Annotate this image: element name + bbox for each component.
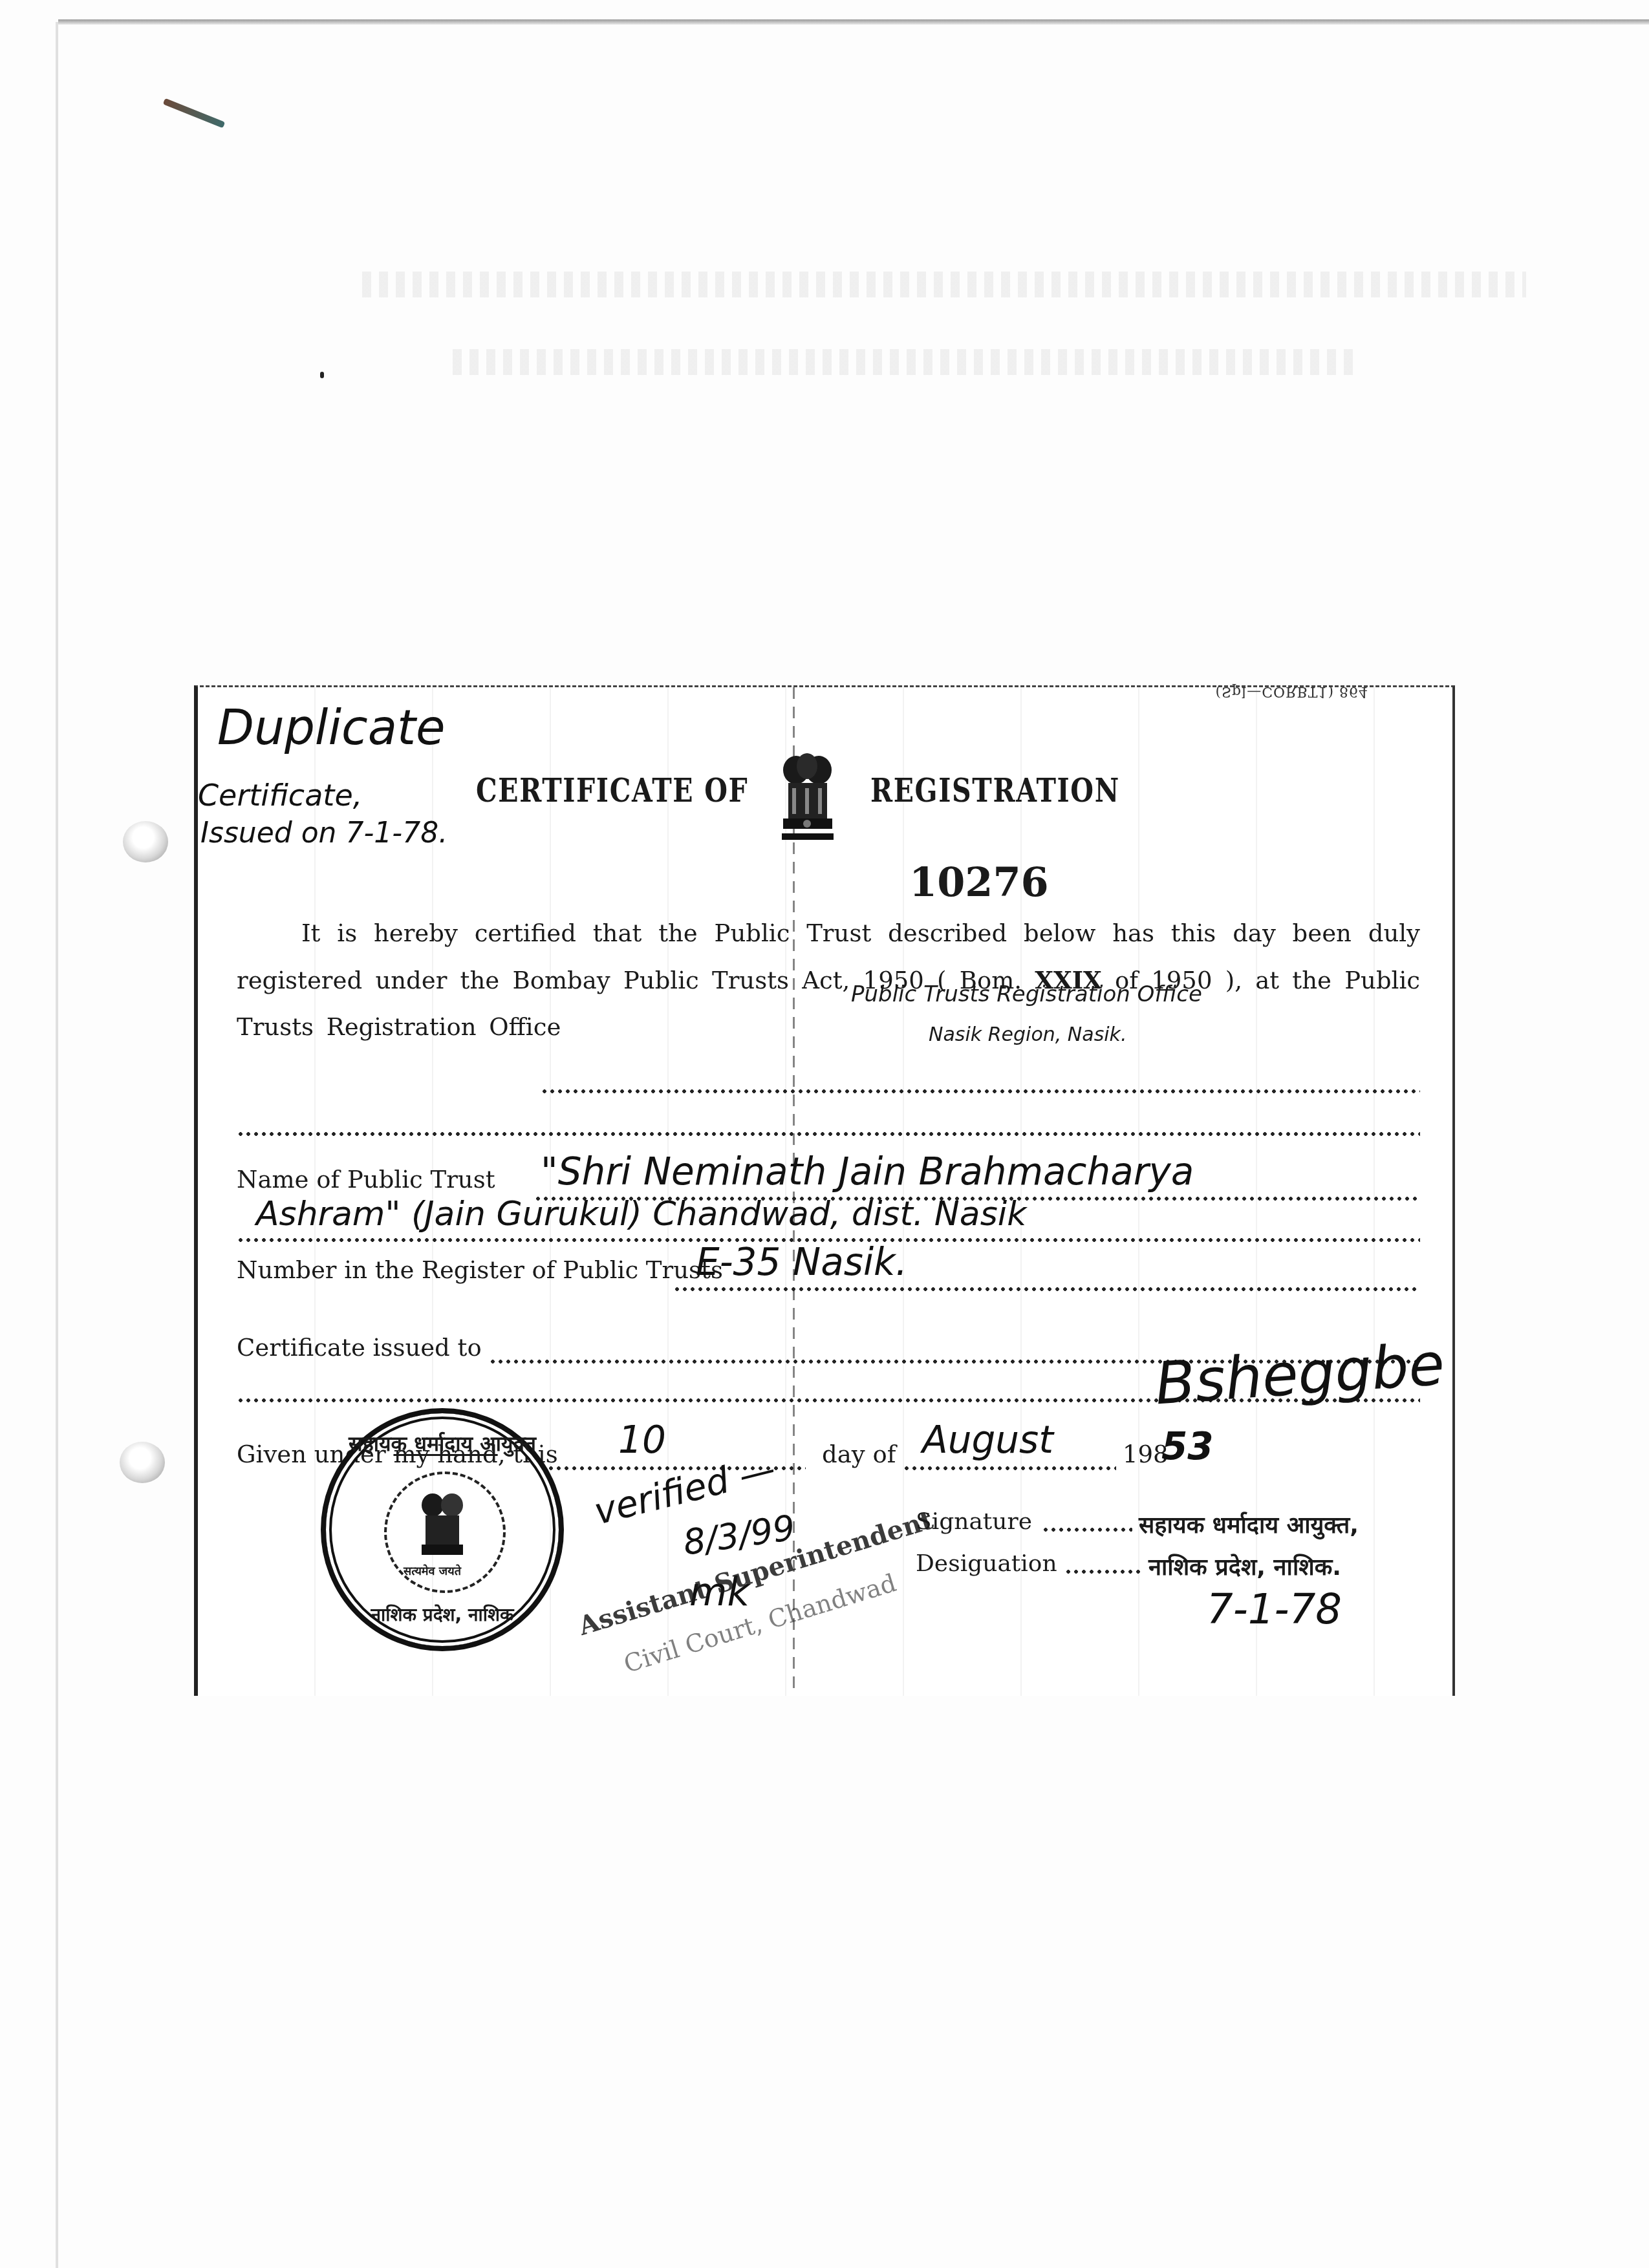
title-certificate-of: CERTIFICATE OF <box>476 771 748 809</box>
registration-certificate: (Spl—CORBT1) 864 Duplicate Certificate, … <box>194 685 1455 1696</box>
seal-motto: सत्यमेव जयते <box>404 1563 461 1579</box>
state-emblem-icon <box>777 752 838 849</box>
dotted-line <box>541 1089 1420 1093</box>
scan-speck <box>320 372 324 378</box>
bleed-through-text <box>453 349 1358 375</box>
dotted-line <box>673 1287 1420 1291</box>
day-of-label: day of <box>822 1440 896 1468</box>
year-handwritten: 53 <box>1161 1424 1214 1468</box>
handwritten-date: 7-1-78 <box>1207 1586 1342 1634</box>
month-value: August <box>922 1418 1053 1462</box>
register-number-label: Number in the Register of Public Trusts <box>237 1256 723 1284</box>
punch-hole-icon <box>123 821 168 862</box>
duplicate-annotation-line2: Certificate, <box>198 778 362 813</box>
issued-to-label: Certificate issued to <box>237 1334 482 1362</box>
trust-name-label: Name of Public Trust <box>237 1166 495 1193</box>
scan-page-edge-left <box>56 22 58 2268</box>
trust-name-value-line1: "Shri Neminath Jain Brahmacharya <box>541 1150 1194 1193</box>
official-seal: सहायक धर्मादाय आयुक्त सत्यमेव जयते नाशिक… <box>321 1408 564 1651</box>
office-stamp-line2: Nasik Region, Nasik. <box>929 1023 1127 1046</box>
trust-name-value-line2: Ashram" (Jain Gurukul) Chandwad, dist. N… <box>256 1195 1026 1234</box>
designation-stamp-line1: सहायक धर्मादाय आयुक्त, <box>1139 1508 1359 1540</box>
bleed-through-text <box>362 272 1526 297</box>
signature-label: Signature <box>916 1508 1032 1535</box>
designation-stamp-line2: नाशिक प्रदेश, नाशिक. <box>1148 1550 1341 1582</box>
seal-bottom-text: नाशिक प्रदेश, नाशिक <box>326 1602 559 1627</box>
statement-line-1: It is hereby certified that the Public T… <box>301 919 1420 947</box>
month-field <box>903 1466 1116 1470</box>
designation-label: Desiguation <box>916 1550 1057 1577</box>
scan-page-edge <box>58 19 1649 25</box>
seal-top-text: सहायक धर्मादाय आयुक्त <box>326 1429 559 1457</box>
statement-line-3: Trusts Registration Office <box>237 1013 561 1041</box>
registration-number: 10276 <box>909 859 1049 906</box>
state-emblem-icon <box>416 1491 468 1562</box>
dotted-line <box>1064 1570 1142 1574</box>
dotted-line <box>1042 1528 1132 1532</box>
day-value: 10 <box>618 1418 666 1462</box>
duplicate-annotation-line3: Issued on 7-1-78. <box>200 817 447 850</box>
form-reference: (Spl—CORBT1) 864 <box>1215 683 1368 700</box>
certification-statement: It is hereby certified that the Public T… <box>237 910 1420 1051</box>
dotted-line <box>237 1132 1420 1136</box>
register-number-value: E-35 Nasik. <box>696 1240 907 1284</box>
office-stamp-line1: Public Trusts Registration Office <box>851 981 1202 1007</box>
duplicate-annotation: Duplicate <box>217 700 446 756</box>
officer-signature: Bsheggbe <box>1153 1331 1447 1418</box>
punch-hole-icon <box>120 1442 165 1483</box>
title-registration: REGISTRATION <box>870 771 1120 809</box>
staple-icon <box>163 98 225 129</box>
